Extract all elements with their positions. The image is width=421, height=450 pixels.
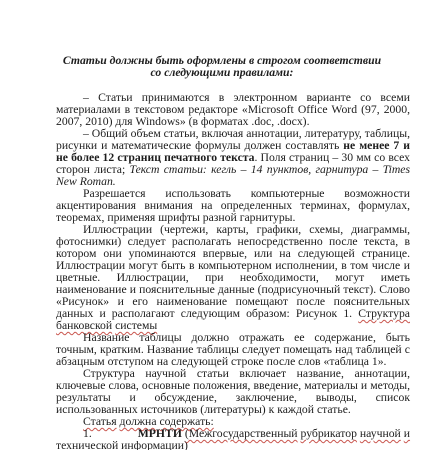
misspelled-word: и [404,427,410,440]
paragraph-volume: – Общий объем статьи, включая аннотации,… [56,128,410,188]
misspelled-word: технической [56,439,118,450]
text-run: Иллюстрации (чертежи, карты, графики, сх… [56,223,410,320]
paragraph-mrnti: 1.МРНТИ (Межгосударственный рубрикатор н… [56,428,410,450]
text-run: Название таблицы должно отражать ее соде… [56,331,410,368]
heading-line-2: со следующими правилами: [56,67,388,79]
text-run: Структура научной статьи включает назван… [56,367,410,416]
misspelled-word: рубрикатор [301,427,357,440]
paragraph-submission: – Статьи принимаются в электронном вариа… [56,92,410,128]
document-page: Статьи должны быть оформлены в строгом с… [0,0,421,450]
paragraph-illustrations: Иллюстрации (чертежи, карты, графики, сх… [56,224,410,332]
misspelled-word: Структура [358,307,410,320]
paragraph-table-title: Название таблицы должно отражать ее соде… [56,332,410,368]
paragraph-structure: Структура научной статьи включает назван… [56,368,410,416]
misspelled-word: информации) [121,439,188,450]
document-heading: Статьи должны быть оформлены в строгом с… [56,55,388,79]
text-run: – Статьи принимаются в электронном вариа… [56,91,410,128]
paragraph-fonts: Разрешается использовать компьютерные во… [56,188,410,224]
text-run: Разрешается использовать компьютерные во… [56,187,410,224]
misspelled-word: научной [360,427,401,440]
misspelled-word: (Межгосударственный [185,427,298,440]
